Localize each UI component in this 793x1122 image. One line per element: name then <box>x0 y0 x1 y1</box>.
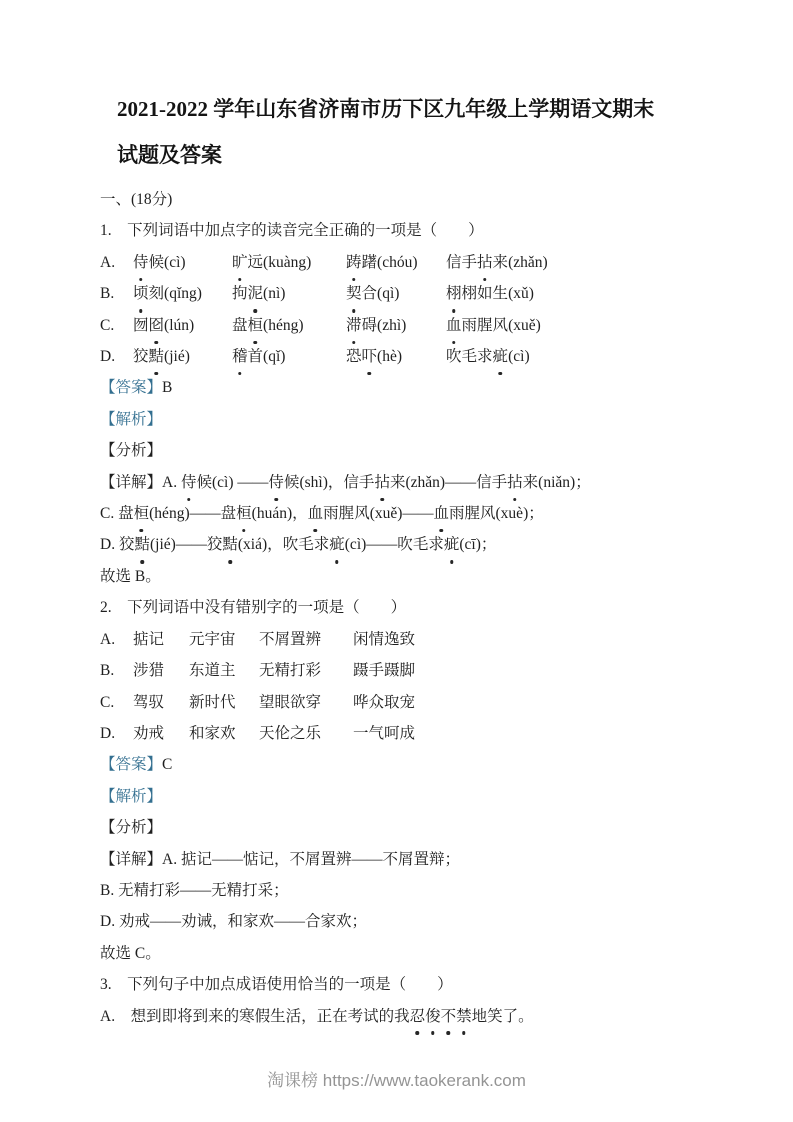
char: k <box>268 254 276 271</box>
text-segment: ； <box>575 474 591 491</box>
q2-detail-d: D. 劝戒——劝诫，和家欢——合家欢； <box>100 906 733 937</box>
question-1: 1. 下列词语中加点字的读音完全正确的一项是（ ） <box>100 215 733 246</box>
char: ) <box>280 285 285 302</box>
text-segment: C <box>162 756 172 773</box>
char: 生 <box>493 285 509 302</box>
text-segment: 【详解】A. <box>100 474 181 491</box>
option-item: 血雨腥风(xuě) <box>446 310 541 341</box>
char: 如 <box>477 285 493 302</box>
emphasis-dotted-char: 顷 <box>133 278 149 309</box>
char: 信 <box>476 474 492 491</box>
emphasis-dotted-char: 踌 <box>346 247 362 278</box>
char: ě <box>529 317 536 334</box>
text-segment: ； <box>481 536 497 553</box>
char: ) <box>394 285 399 302</box>
char: 雨 <box>462 317 478 334</box>
text-segment: 1. 下列词语中加点字的读音完全正确的一项是（ ） <box>100 222 484 239</box>
char: 狡 <box>133 348 149 365</box>
emphasis-dotted-char: 侍 <box>181 467 197 498</box>
text-segment: —— <box>445 474 476 491</box>
text-segment: 【分析】 <box>100 819 162 836</box>
char: ) <box>529 285 534 302</box>
char: é <box>162 505 169 522</box>
emphasis-dotted-char: 稽 <box>232 341 248 372</box>
option-item: 无精打彩 <box>259 655 353 686</box>
q1-detail-a: 【详解】A. 侍候(cì) ——侍候(shì)，信手拈来(zhǎn)——信手拈来… <box>100 467 733 498</box>
char: z <box>411 474 418 491</box>
option-item: 滞碍(zhì) <box>346 310 446 341</box>
q1-detail-c: C. 盘桓(héng)——盘桓(huán)，血雨腥风(xuě)——血雨腥风(xu… <box>100 498 733 529</box>
text-segment: A. 想到即将到来的寒假生活，正在考试的我 <box>100 1008 410 1025</box>
option-item: 恐吓(hè) <box>346 341 446 372</box>
char: é <box>276 317 283 334</box>
char: 来 <box>493 254 509 271</box>
char: é <box>164 536 171 553</box>
option-item: 新时代 <box>189 687 259 718</box>
char: ) <box>401 317 406 334</box>
q1-jiexi-label: 【解析】 <box>100 404 733 435</box>
q1-fenxi-label: 【分析】 <box>100 435 733 466</box>
char: 来 <box>390 474 406 491</box>
char: 雨 <box>323 505 339 522</box>
option-letter: B. <box>100 655 133 686</box>
section-label: 【解析】 <box>100 788 162 805</box>
q1-answer: 【答案】B <box>100 372 733 403</box>
char: g <box>189 285 197 302</box>
char: 远 <box>248 254 264 271</box>
text-segment: —— <box>234 474 269 491</box>
char: n <box>279 505 287 522</box>
text-segment: 信手拈来(zhǎn) <box>343 474 445 491</box>
option-item: 一气呵成 <box>353 718 415 749</box>
char: n <box>268 285 276 302</box>
char: n <box>562 474 570 491</box>
q2-conclusion: 故选 C。 <box>100 938 733 969</box>
emphasis-dotted-char: 疵 <box>493 341 509 372</box>
text-segment: ， <box>267 536 283 553</box>
char: 吹 <box>283 536 299 553</box>
char: 合 <box>362 285 378 302</box>
option-item: 哗众取宠 <box>353 687 415 718</box>
option-item: 稽首(qǐ) <box>232 341 346 372</box>
question-2: 2. 下列词语中没有错别字的一项是（ ） <box>100 592 733 623</box>
option-letter: D. <box>100 341 133 372</box>
q3-option-a: A. 想到即将到来的寒假生活，正在考试的我忍俊不禁地笑了。 <box>100 1001 733 1032</box>
option-letter: A. <box>100 247 133 278</box>
emphasis-dotted-char: 侍 <box>268 467 284 498</box>
option-item: 蹑手蹑脚 <box>353 655 415 686</box>
char: c <box>350 536 357 553</box>
text-segment: D. <box>100 536 119 553</box>
emphasis-dotted-char: 拈 <box>374 467 390 498</box>
emphasis-dotted-char: 囵 <box>149 310 165 341</box>
char: 来 <box>523 474 539 491</box>
text-segment: 吹毛求疵(cī) <box>397 536 481 553</box>
char: 求 <box>314 536 330 553</box>
text-segment: 故选 B。 <box>100 568 161 585</box>
option-letter: C. <box>100 310 133 341</box>
char: ) <box>524 348 529 365</box>
option-item: 旷远(kuàng) <box>232 247 346 278</box>
char: 手 <box>462 254 478 271</box>
q1-conclusion: 故选 B。 <box>100 561 733 592</box>
option-item: 囫囵(lún) <box>133 310 232 341</box>
char: ) <box>306 254 311 271</box>
text-segment: 盘桓(huán) <box>221 505 293 522</box>
emphasis-dotted-char: 俊 <box>425 1001 441 1032</box>
char: u <box>276 254 284 271</box>
text-segment: B. 无精打彩——无精打采； <box>100 882 289 899</box>
text-segment: 一、(18分) <box>100 191 172 208</box>
char: 候 <box>149 254 165 271</box>
q1-option-c: C.囫囵(lún)盘桓(héng)滞碍(zhì)血雨腥风(xuě) <box>100 310 733 341</box>
char: 腥 <box>464 505 480 522</box>
emphasis-dotted-char: 滞 <box>346 310 362 341</box>
q2-option-d: D.劝戒和家欢天伦之乐一气呵成 <box>100 718 733 749</box>
char: x <box>513 317 521 334</box>
char: 雨 <box>449 505 465 522</box>
emphasis-dotted-char: 拈 <box>507 467 523 498</box>
char: h <box>268 317 276 334</box>
text-segment: 信手拈来(niǎn) <box>476 474 575 491</box>
q1-option-b: B.顷刻(qǐng)拘泥(nì)契合(qì)栩栩如生(xǔ) <box>100 278 733 309</box>
char: 手 <box>359 474 375 491</box>
emphasis-dotted-char: 拈 <box>477 247 493 278</box>
char: 候 <box>196 474 212 491</box>
char: ) <box>543 254 548 271</box>
char: ) <box>412 254 417 271</box>
char: 求 <box>477 348 493 365</box>
emphasis-dotted-char: 血 <box>308 498 324 529</box>
emphasis-dotted-char: 栩 <box>446 278 462 309</box>
char: ) <box>298 317 303 334</box>
emphasis-dotted-char: 吓 <box>362 341 378 372</box>
option-letter: B. <box>100 278 133 309</box>
text-segment: 故选 C。 <box>100 945 161 962</box>
char: 腥 <box>339 505 355 522</box>
q2-answer: 【答案】C <box>100 749 733 780</box>
char: n <box>283 317 291 334</box>
option-item: 驾驭 <box>133 687 189 718</box>
q2-fenxi-label: 【分析】 <box>100 812 733 843</box>
option-item: 劝戒 <box>133 718 189 749</box>
char: 吹 <box>446 348 462 365</box>
char: q <box>169 285 177 302</box>
q2-option-a: A.掂记元宇宙不屑置辨闲情逸致 <box>100 624 733 655</box>
emphasis-dotted-char: 疵 <box>329 529 345 560</box>
char: á <box>255 536 262 553</box>
text-segment: —— <box>190 505 221 522</box>
q1-option-d: D.狡黠(jié)稽首(qǐ)恐吓(hè)吹毛求疵(cì) <box>100 341 733 372</box>
text-segment: —— <box>366 536 397 553</box>
option-item: 天伦之乐 <box>259 718 353 749</box>
emphasis-dotted-char: 黠 <box>149 341 165 372</box>
option-letter: D. <box>100 718 133 749</box>
char: 刻 <box>149 285 165 302</box>
char: ) <box>189 317 194 334</box>
char: n <box>535 254 543 271</box>
text-segment: B <box>162 379 172 396</box>
text-segment: 地笑了。 <box>472 1008 534 1025</box>
option-item: 望眼欲穿 <box>259 687 353 718</box>
char: ) <box>185 348 190 365</box>
section-label: 【答案】 <box>100 756 162 773</box>
q2-option-b: B.涉猎东道主无精打彩蹑手蹑脚 <box>100 655 733 686</box>
char: x <box>513 285 521 302</box>
text-segment: 忍俊不禁 <box>410 1008 472 1025</box>
option-item: 踌躇(chóu) <box>346 247 446 278</box>
exam-document-page: 2021-2022 学年山东省济南市历下区九年级上学期语文期末 试题及答案 一、… <box>0 0 793 1122</box>
char: 盘 <box>118 505 134 522</box>
question-3: 3. 下列句子中加点成语使用恰当的一项是（ ） <box>100 969 733 1000</box>
text-segment: 狡黠(xiá) <box>207 536 267 553</box>
q2-detail-b: B. 无精打彩——无精打采； <box>100 875 733 906</box>
char: ) <box>397 348 402 365</box>
char: 盘 <box>221 505 237 522</box>
char: g <box>298 254 306 271</box>
option-item: 顷刻(qǐng) <box>133 278 232 309</box>
text-segment: —— <box>176 536 207 553</box>
option-item: 掂记 <box>133 624 189 655</box>
char: h <box>154 505 162 522</box>
text-segment: 侍候(shì) <box>268 474 327 491</box>
emphasis-dotted-char: 黠 <box>222 529 238 560</box>
option-item: 东道主 <box>189 655 259 686</box>
char: 候 <box>284 474 300 491</box>
q1-option-a: A.侍候(cì)旷远(kuàng)踌躇(chóu)信手拈来(zhǎn) <box>100 247 733 278</box>
char: 毛 <box>298 536 314 553</box>
char: 吹 <box>397 536 413 553</box>
text-segment: 盘桓(héng) <box>118 505 190 522</box>
char: h <box>389 254 397 271</box>
option-item: 涉猎 <box>133 655 189 686</box>
emphasis-dotted-char: 侍 <box>133 247 149 278</box>
char: x <box>243 536 251 553</box>
option-letter: A. <box>100 624 133 655</box>
char: 拘 <box>232 285 248 302</box>
char: 腥 <box>477 317 493 334</box>
emphasis-dotted-char: 血 <box>446 310 462 341</box>
text-segment: ； <box>528 505 544 522</box>
option-item: 不屑置辨 <box>259 624 353 655</box>
section-label: 【解析】 <box>100 411 162 428</box>
char: ) <box>536 317 541 334</box>
text-segment: —— <box>402 505 433 522</box>
q2-detail-a: 【详解】A. 掂记——惦记，不屑置辨——不屑置辩； <box>100 844 733 875</box>
char: 毛 <box>413 536 429 553</box>
char: ) <box>280 348 285 365</box>
emphasis-dotted-char: 契 <box>346 278 362 309</box>
q2-option-c: C.驾驭新时代望眼欲穿哗众取宠 <box>100 687 733 718</box>
text-segment: 【分析】 <box>100 442 162 459</box>
emphasis-dotted-char: 血 <box>433 498 449 529</box>
option-item: 拘泥(nì) <box>232 278 346 309</box>
char: n <box>181 285 189 302</box>
option-letter: C. <box>100 687 133 718</box>
text-segment: 狡黠(jié) <box>119 536 176 553</box>
char: 碍 <box>362 317 378 334</box>
char: n <box>432 474 440 491</box>
emphasis-dotted-char: 桓 <box>248 310 264 341</box>
section-label: 【答案】 <box>100 379 162 396</box>
emphasis-dotted-char: 禁 <box>456 1001 472 1032</box>
char: 信 <box>343 474 359 491</box>
char: h <box>257 505 265 522</box>
char: à <box>284 254 291 271</box>
char: ) <box>180 254 185 271</box>
char: ǎ <box>528 254 535 271</box>
emphasis-dotted-char: 旷 <box>232 247 248 278</box>
option-item: 侍候(cì) <box>133 247 232 278</box>
q2-jiexi-label: 【解析】 <box>100 781 733 812</box>
char: 首 <box>248 348 264 365</box>
section-heading: 一、(18分) <box>100 184 733 215</box>
watermark-text: 淘课榜 https://www.taokerank.com <box>267 1071 526 1090</box>
option-item: 栩栩如生(xǔ) <box>446 278 534 309</box>
char: 风 <box>354 505 370 522</box>
text-segment: 侍候(cì) <box>181 474 234 491</box>
emphasis-dotted-char: 黠 <box>134 529 150 560</box>
document-title-line-2: 试题及答案 <box>117 132 713 178</box>
char: h <box>520 254 528 271</box>
char: 毛 <box>462 348 478 365</box>
text-segment: 【详解】A. 掂记——惦记，不屑置辨——不屑置辩； <box>100 851 460 868</box>
char: n <box>181 317 189 334</box>
char: é <box>178 348 185 365</box>
char: q <box>268 348 276 365</box>
char: 盘 <box>232 317 248 334</box>
char: h <box>382 348 390 365</box>
option-item: 和家欢 <box>189 718 259 749</box>
char: 狡 <box>119 536 135 553</box>
char: n <box>169 505 177 522</box>
emphasis-dotted-char: 泥 <box>248 278 264 309</box>
q1-detail-d: D. 狡黠(jié)——狡黠(xiá)，吹毛求疵(cì)——吹毛求疵(cī)； <box>100 529 733 560</box>
document-body: 一、(18分)1. 下列词语中加点字的读音完全正确的一项是（ ）A.侍候(cì)… <box>100 184 733 1032</box>
emphasis-dotted-char: 疵 <box>444 529 460 560</box>
text-segment: ， <box>328 474 344 491</box>
document-title-line-1: 2021-2022 学年山东省济南市历下区九年级上学期语文期末 <box>117 86 713 132</box>
char: 求 <box>428 536 444 553</box>
watermark-footer: 淘课榜 https://www.taokerank.com <box>0 1066 793 1091</box>
char: 囫 <box>133 317 149 334</box>
char: h <box>389 317 397 334</box>
emphasis-dotted-char: 忍 <box>410 1001 426 1032</box>
option-item: 吹毛求疵(cì) <box>446 341 530 372</box>
text-segment: 2. 下列词语中没有错别字的一项是（ ） <box>100 599 406 616</box>
option-item: 狡黠(jié) <box>133 341 232 372</box>
char: ǔ <box>521 285 529 302</box>
char: u <box>521 317 529 334</box>
option-item: 元宇宙 <box>189 624 259 655</box>
char: ó <box>397 254 405 271</box>
emphasis-dotted-char: 桓 <box>236 498 252 529</box>
char: 栩 <box>462 285 478 302</box>
text-segment: 血雨腥风(xuè) <box>433 505 528 522</box>
text-segment: D. 劝戒——劝诫，和家欢——合家欢； <box>100 913 367 930</box>
char: x <box>375 505 383 522</box>
char: è <box>390 348 397 365</box>
text-segment: C. <box>100 505 118 522</box>
text-segment: 血雨腥风(xuě) <box>308 505 403 522</box>
char: 狡 <box>207 536 223 553</box>
option-item: 契合(qì) <box>346 278 446 309</box>
text-segment: ， <box>292 505 308 522</box>
document-title: 2021-2022 学年山东省济南市历下区九年级上学期语文期末 试题及答案 <box>0 0 793 178</box>
char: 信 <box>446 254 462 271</box>
char: 风 <box>480 505 496 522</box>
char: n <box>543 474 551 491</box>
char: 风 <box>493 317 509 334</box>
option-item: 闲情逸致 <box>353 624 415 655</box>
char: q <box>382 285 390 302</box>
char: 手 <box>492 474 508 491</box>
option-item: 盘桓(héng) <box>232 310 346 341</box>
char: 躇 <box>362 254 378 271</box>
char: 恐 <box>346 348 362 365</box>
option-item: 信手拈来(zhǎn) <box>446 247 548 278</box>
text-segment: 3. 下列句子中加点成语使用恰当的一项是（ ） <box>100 976 453 993</box>
emphasis-dotted-char: 不 <box>441 1001 457 1032</box>
char: ) <box>197 285 202 302</box>
text-segment: 吹毛求疵(cì) <box>283 536 367 553</box>
char: u <box>508 505 516 522</box>
char: c <box>217 474 224 491</box>
emphasis-dotted-char: 桓 <box>134 498 150 529</box>
